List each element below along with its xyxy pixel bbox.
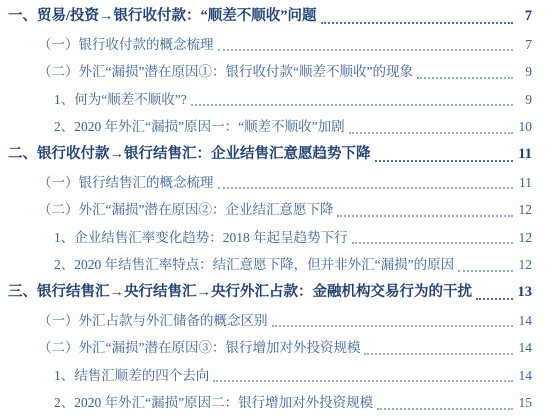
dot-leader	[218, 187, 514, 189]
dot-leader	[349, 132, 513, 134]
dot-leader	[352, 242, 513, 244]
toc-entry-label: 三、银行结售汇→央行结售汇→央行外汇占款：金融机构交易行为的干扰	[8, 279, 472, 307]
toc-entry-label: 1、何为“顺差不顺收”?	[54, 86, 187, 114]
dot-leader	[191, 104, 513, 106]
dot-leader	[337, 215, 513, 217]
toc-entry-label: 2、2020 年外汇“漏损”原因二：银行增加对外投资规模	[54, 389, 373, 417]
dot-leader	[458, 270, 513, 272]
toc-entry-page: 14	[516, 362, 532, 390]
toc-entry-page: 13	[516, 279, 532, 307]
toc-entry[interactable]: 三、银行结售汇→央行结售汇→央行外汇占款：金融机构交易行为的干扰 13	[0, 279, 532, 307]
toc-entry[interactable]: 2、2020 年结售汇率特点：结汇意愿下降，但并非外汇“漏损”的原因 12	[0, 251, 532, 279]
dot-leader	[375, 160, 514, 162]
dot-leader	[213, 380, 513, 382]
toc-entry-page: 7	[516, 3, 532, 31]
toc-entry-label: 一、贸易/投资→银行收付款：“顺差不顺收”问题	[8, 3, 317, 31]
toc-entry-page: 15	[516, 389, 532, 417]
toc-entry-label: 二、银行收付款→银行结售汇：企业结售汇意愿趋势下降	[8, 141, 371, 169]
dot-leader	[272, 325, 514, 327]
toc-entry-page: 12	[516, 251, 532, 279]
toc-entry-page: 14	[516, 307, 532, 335]
toc-entry-page: 9	[516, 58, 532, 86]
toc-entry-label: 1、企业结售汇率变化趋势：2018 年起呈趋势下行	[54, 224, 348, 252]
toc-entry-label: （二）外汇“漏损”潜在原因③：银行增加对外投资规模	[38, 334, 360, 362]
toc-entry[interactable]: （二）外汇“漏损”潜在原因①：银行收付款“顺差不顺收”的现象 9	[0, 58, 532, 86]
toc-entry[interactable]: 1、何为“顺差不顺收”? 9	[0, 86, 532, 114]
toc-entry-page: 7	[516, 31, 532, 59]
toc-entry-page: 11	[516, 141, 532, 169]
toc-entry[interactable]: 一、贸易/投资→银行收付款：“顺差不顺收”问题 7	[0, 3, 532, 31]
toc-entry-page: 14	[516, 334, 532, 362]
toc-entry-label: （二）外汇“漏损”潜在原因②：企业结汇意愿下降	[38, 196, 333, 224]
dot-leader	[476, 298, 513, 300]
dot-leader	[364, 353, 513, 355]
toc-entry-page: 12	[516, 224, 532, 252]
dot-leader	[377, 408, 513, 410]
toc-entry[interactable]: 二、银行收付款→银行结售汇：企业结售汇意愿趋势下降 11	[0, 141, 532, 169]
toc-entry-label: （一）外汇占款与外汇储备的概念区别	[38, 307, 268, 335]
toc-entry-page: 10	[516, 113, 532, 141]
toc-entry[interactable]: （一）银行结售汇的概念梳理 11	[0, 169, 532, 197]
toc-entry[interactable]: 1、企业结售汇率变化趋势：2018 年起呈趋势下行 12	[0, 224, 532, 252]
toc-entry-label: 1、结售汇顺差的四个去向	[54, 362, 209, 390]
toc-entry-label: （一）银行收付款的概念梳理	[38, 31, 214, 59]
toc-entry-page: 11	[516, 169, 532, 197]
toc-page: 一、贸易/投资→银行收付款：“顺差不顺收”问题 7 （一）银行收付款的概念梳理 …	[0, 0, 550, 418]
toc-entry-label: （一）银行结售汇的概念梳理	[38, 169, 214, 197]
dot-leader	[321, 22, 513, 24]
toc-entry-label: （二）外汇“漏损”潜在原因①：银行收付款“顺差不顺收”的现象	[38, 58, 413, 86]
toc-entry[interactable]: （二）外汇“漏损”潜在原因③：银行增加对外投资规模 14	[0, 334, 532, 362]
toc-entry-label: 2、2020 年结售汇率特点：结汇意愿下降，但并非外汇“漏损”的原因	[54, 251, 454, 279]
toc-entry-page: 12	[516, 196, 532, 224]
toc-entry[interactable]: （一）银行收付款的概念梳理 7	[0, 31, 532, 59]
dot-leader	[417, 77, 513, 79]
toc-entry-page: 9	[516, 86, 532, 114]
toc-entry[interactable]: 1、结售汇顺差的四个去向 14	[0, 362, 532, 390]
toc-entry[interactable]: （一）外汇占款与外汇储备的概念区别 14	[0, 307, 532, 335]
toc-entry[interactable]: （二）外汇“漏损”潜在原因②：企业结汇意愿下降 12	[0, 196, 532, 224]
toc-entry[interactable]: 2、2020 年外汇“漏损”原因二：银行增加对外投资规模 15	[0, 389, 532, 417]
dot-leader	[218, 49, 514, 51]
toc-entry-label: 2、2020 年外汇“漏损”原因一：“顺差不顺收”加剧	[54, 113, 345, 141]
toc-entry[interactable]: 2、2020 年外汇“漏损”原因一：“顺差不顺收”加剧 10	[0, 113, 532, 141]
